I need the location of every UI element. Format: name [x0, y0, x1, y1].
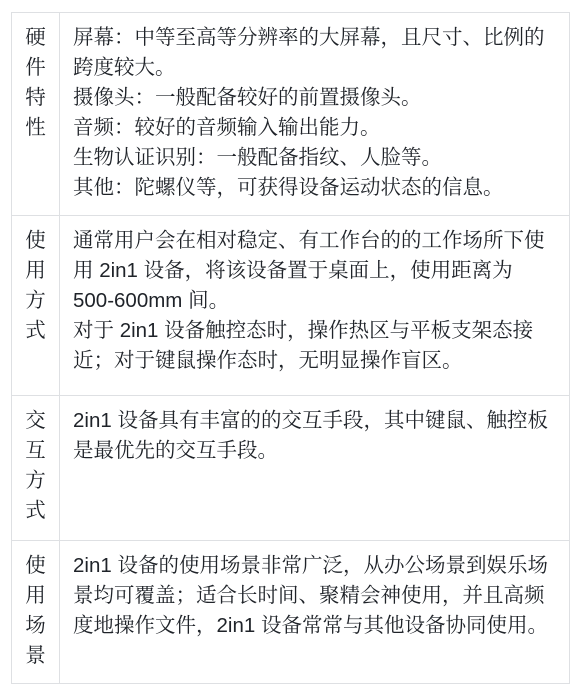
row-label: 使用方式: [25, 226, 47, 346]
paragraph: 其他：陀螺仪等，可获得设备运动状态的信息。: [73, 173, 555, 203]
paragraph: 2in1 设备的使用场景非常广泛，从办公场景到娱乐场景均可覆盖；适合长时间、聚精…: [73, 551, 555, 641]
paragraph: 摄像头：一般配备较好的前置摄像头。: [73, 83, 555, 113]
table-row-hardware: 硬件特性 屏幕：中等至高等分辨率的大屏幕，且尺寸、比例的跨度较大。 摄像头：一般…: [12, 13, 570, 216]
paragraph: 2in1 设备具有丰富的的交互手段，其中键鼠、触控板是最优先的交互手段。: [73, 406, 555, 466]
row-content-cell: 屏幕：中等至高等分辨率的大屏幕，且尺寸、比例的跨度较大。 摄像头：一般配备较好的…: [60, 13, 570, 216]
paragraph: 通常用户会在相对稳定、有工作台的的工作场所下使用 2in1 设备，将该设备置于桌…: [73, 226, 555, 316]
table-row-scenario: 使用场景 2in1 设备的使用场景非常广泛，从办公场景到娱乐场景均可覆盖；适合长…: [12, 541, 570, 684]
paragraph: 屏幕：中等至高等分辨率的大屏幕，且尺寸、比例的跨度较大。: [73, 23, 555, 83]
paragraph: 生物认证识别：一般配备指纹、人脸等。: [73, 143, 555, 173]
spec-table: 硬件特性 屏幕：中等至高等分辨率的大屏幕，且尺寸、比例的跨度较大。 摄像头：一般…: [11, 12, 570, 684]
document-page: 硬件特性 屏幕：中等至高等分辨率的大屏幕，且尺寸、比例的跨度较大。 摄像头：一般…: [0, 0, 580, 693]
row-label-cell: 使用方式: [12, 216, 60, 396]
row-label: 使用场景: [25, 551, 47, 671]
row-label: 交互方式: [25, 406, 47, 526]
row-label-cell: 使用场景: [12, 541, 60, 684]
paragraph: 对于 2in1 设备触控态时，操作热区与平板支架态接近；对于键鼠操作态时，无明显…: [73, 316, 555, 376]
paragraph: 音频：较好的音频输入输出能力。: [73, 113, 555, 143]
row-label-cell: 交互方式: [12, 396, 60, 541]
row-content-cell: 通常用户会在相对稳定、有工作台的的工作场所下使用 2in1 设备，将该设备置于桌…: [60, 216, 570, 396]
row-content-cell: 2in1 设备的使用场景非常广泛，从办公场景到娱乐场景均可覆盖；适合长时间、聚精…: [60, 541, 570, 684]
row-content-cell: 2in1 设备具有丰富的的交互手段，其中键鼠、触控板是最优先的交互手段。: [60, 396, 570, 541]
row-label-cell: 硬件特性: [12, 13, 60, 216]
row-label: 硬件特性: [25, 23, 47, 143]
table-row-interaction: 交互方式 2in1 设备具有丰富的的交互手段，其中键鼠、触控板是最优先的交互手段…: [12, 396, 570, 541]
table-row-usage-mode: 使用方式 通常用户会在相对稳定、有工作台的的工作场所下使用 2in1 设备，将该…: [12, 216, 570, 396]
